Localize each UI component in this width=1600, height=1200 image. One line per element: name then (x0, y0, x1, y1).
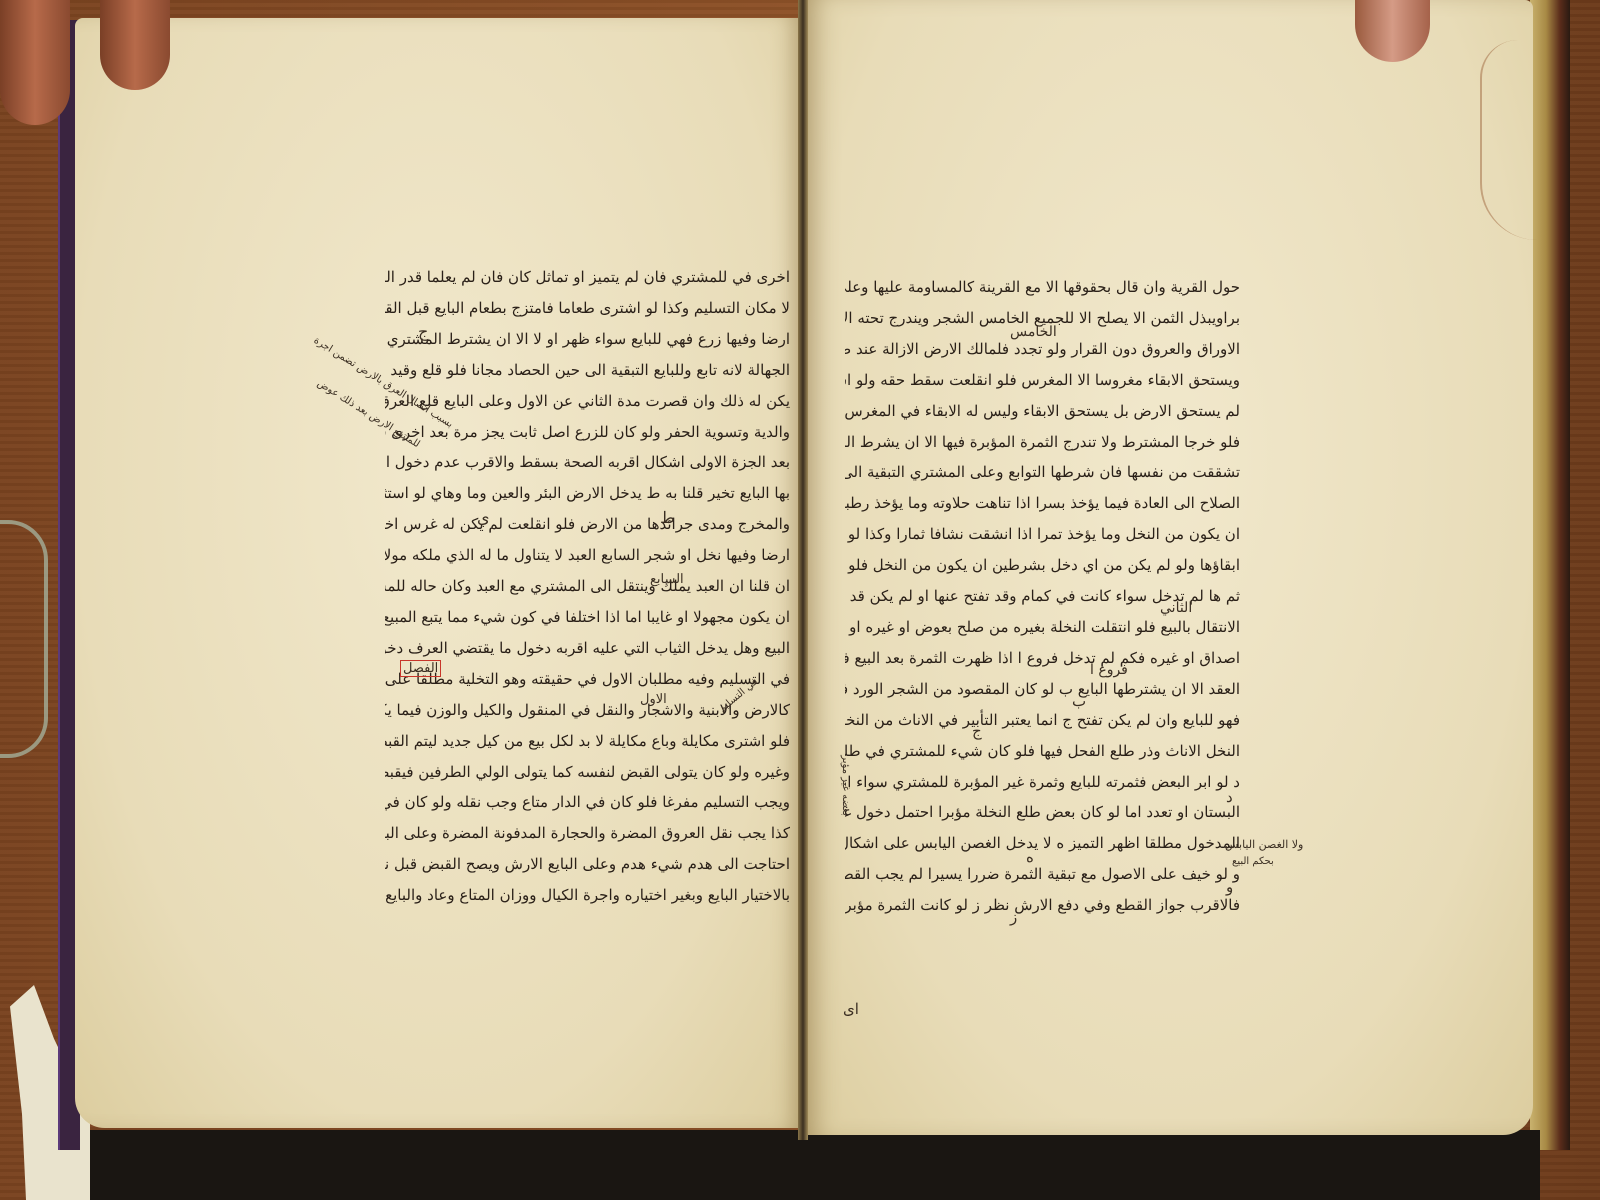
book-binding-bottom (90, 1130, 1540, 1200)
rubric-marker: د (1226, 788, 1233, 806)
text-line: يكن له ذلك وان قصرت مدة الثاني عن الاول … (385, 386, 790, 417)
marginal-note: بحكم البيع (1232, 856, 1274, 867)
rubric-marker: ز (1010, 908, 1017, 926)
rubric-heading: الاول (640, 692, 667, 707)
text-line: ان قلنا ان العبد يملك وينتقل الى المشتري… (385, 571, 790, 602)
text-line: المدخول مطلقا اظهر التميز ه لا يدخل الغص… (845, 828, 1240, 859)
text-line: ارضا وفيها زرع فهي للبايع سواء ظهر او لا… (385, 324, 790, 355)
rubric-heading: الخامس (1010, 324, 1057, 340)
text-line: الصلاح الى العادة فيما يؤخذ بسرا اذا تنا… (845, 488, 1240, 519)
text-line: ان يكون من النخل وما يؤخذ تمرا اذا انشقت… (845, 519, 1240, 550)
text-line: حول القرية وان قال بحقوقها الا مع القرين… (845, 272, 1240, 303)
book-gutter (798, 0, 808, 1140)
glass-object (0, 520, 48, 758)
rubric-heading: الثاني (1160, 600, 1192, 616)
rubric-marker: فروع ا (1090, 662, 1128, 678)
text-line: ويجب التسليم مفرغا فلو كان في الدار متاع… (385, 787, 790, 818)
text-line: وغيره ولو كان يتولى القبض لنفسه كما يتول… (385, 757, 790, 788)
text-line: احتاجت الى هدم شيء هدم وعلى البايع الارش… (385, 849, 790, 880)
rubric-marker: ي (477, 508, 490, 527)
text-line: ارضا وفيها نخل او شجر السابع العبد لا يت… (385, 540, 790, 571)
right-page-text: حول القرية وان قال بحقوقها الا مع القرين… (845, 272, 1240, 921)
text-line: فهو للبايع وان لم يكن تفتح ج انما يعتبر … (845, 705, 1240, 736)
text-line: ويستحق الابقاء مغروسا الا المغرس فلو انق… (845, 365, 1240, 396)
rubric-heading: السابع (650, 572, 684, 587)
rubric-heading: الفصل (400, 660, 441, 677)
text-line: ابقاؤها ولو لم يكن من اي دخل بشرطين ان ي… (845, 550, 1240, 581)
text-line: د لو ابر البعض فثمرته للبايع وثمرة غير ا… (845, 767, 1240, 798)
text-line: العقد الا ان يشترطها البايع ب لو كان الم… (845, 674, 1240, 705)
finger-left-1 (0, 0, 70, 125)
text-line: اصداق او غيره فكم لم تدخل فروع ا اذا ظهر… (845, 643, 1240, 674)
text-line: في التسليم وفيه مطلبان الاول في حقيقته و… (385, 664, 790, 695)
rubric-marker: ه (1026, 848, 1034, 866)
text-line: الجهالة لانه تابع وللبايع التبقية الى حي… (385, 355, 790, 386)
rubric-marker: ج (972, 722, 982, 740)
text-line: البستان او تعدد اما لو كان بعض طلع النخل… (845, 797, 1240, 828)
text-line: بها البايع تخير قلنا به ط يدخل الارض الب… (385, 478, 790, 509)
text-line: كذا يجب نقل العروق المضرة والحجارة المدف… (385, 818, 790, 849)
text-line: والمخرج ومدى جرائدها من الارض فلو انقلعت… (385, 509, 790, 540)
left-page-text: اخرى في للمشتري فان لم يتميز او تماثل كا… (385, 262, 790, 911)
finger-left-2 (100, 0, 170, 90)
text-line: فلو خرجا المشترط ولا تندرج الثمرة المؤبر… (845, 427, 1240, 458)
rubric-marker: ط (660, 508, 675, 527)
text-line: ان يكون مجهولا او غايبا اما اذا اختلفا ف… (385, 602, 790, 633)
text-line: و لو خيف على الاصول مع تبقية الثمرة ضررا… (845, 859, 1240, 890)
text-line: فلو اشترى مكايلة وباع مكايلة لا بد لكل ب… (385, 726, 790, 757)
rubric-marker: و (1226, 878, 1233, 896)
text-line: تشققت من نفسها فان شرطها التوابع وعلى ال… (845, 457, 1240, 488)
text-line: بالاختيار البايع وبغير اختياره واجرة الك… (385, 880, 790, 911)
text-line: النخل الاناث وذر طلع الفحل فيها فلو كان … (845, 736, 1240, 767)
text-line: لم يستحق الارض بل يستحق الابقاء وليس له … (845, 396, 1240, 427)
rubric-marker: ج (418, 322, 428, 341)
text-line: لا مكان التسليم وكذا لو اشترى طعاما فامت… (385, 293, 790, 324)
water-stain (1480, 40, 1537, 240)
folio-number: اى (843, 1000, 859, 1018)
rubric-marker: ب (1072, 692, 1086, 710)
text-line: فالاقرب جواز القطع وفي دفع الارش نظر ز ل… (845, 890, 1240, 921)
marginal-note: بعضه غير مؤبر (840, 755, 851, 816)
text-line: بعد الجزة الاولى اشكال اقربه الصحة بسقط … (385, 447, 790, 478)
text-line: اخرى في للمشتري فان لم يتميز او تماثل كا… (385, 262, 790, 293)
text-line: البيع وهل يدخل الثياب التي عليه اقربه دخ… (385, 633, 790, 664)
text-line: الانتقال بالبيع فلو انتقلت النخلة بغيره … (845, 612, 1240, 643)
marginal-note: ولا الغصن اليابس (1225, 838, 1303, 851)
